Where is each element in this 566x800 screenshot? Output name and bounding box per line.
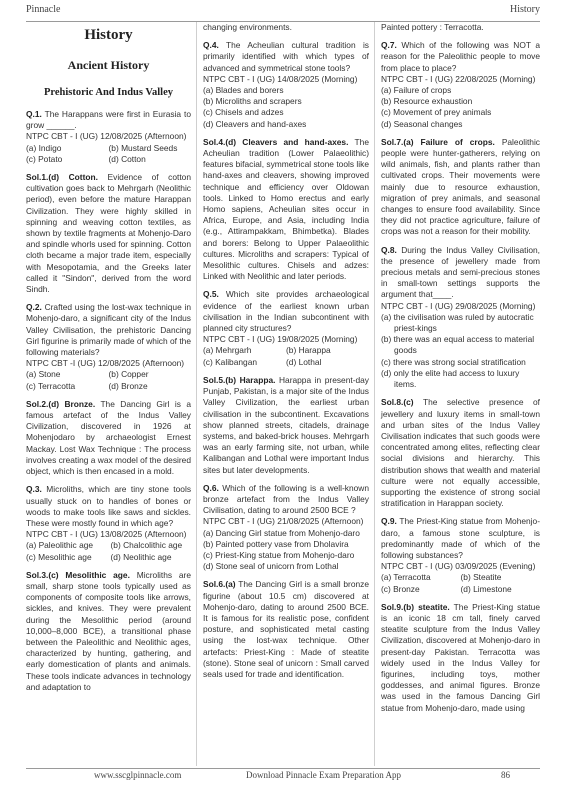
option-d: (d) only the elite had access to luxury … (381, 368, 540, 390)
option-c: (c) Potato (26, 154, 109, 165)
option-c: (c) Priest-King statue from Mohenjo-daro (203, 550, 369, 561)
question-text: Which of the following was NOT a reason … (381, 40, 540, 72)
header-subject: History (510, 4, 540, 18)
solution-label: Sol.2.(d) Bronze. (26, 399, 95, 409)
solution-label: Sol.3.(c) Mesolithic age. (26, 570, 130, 580)
page-title: History (26, 26, 191, 44)
question-text: During the Indus Valley Civilisation, th… (381, 245, 540, 300)
question-text: The Harappans were first in Eurasia to g… (26, 109, 191, 130)
solution-label: Sol.5.(b) Harappa. (203, 375, 275, 385)
solution-text: The Dancing Girl is a famous artefact of… (26, 399, 191, 476)
exam-reference: NTPC CBT - I (UG) 12/08/2025 (Afternoon) (26, 131, 191, 142)
question-number: Q.5. (203, 289, 219, 299)
question-1: Q.1. The Harappans were first in Eurasia… (26, 109, 191, 165)
option-d: (d) Seasonal changes (381, 119, 540, 130)
option-b: (b) there was an equal access to materia… (381, 334, 540, 356)
option-b: (b) Painted pottery vase from Dholavira (203, 539, 369, 550)
solution-1: Sol.1.(d) Cotton. Evidence of cotton cul… (26, 172, 191, 295)
solution-text: The selective presence of jewellery and … (381, 397, 540, 508)
question-text: Crafted using the lost-wax technique in … (26, 302, 191, 357)
option-c: (c) Bronze (381, 584, 461, 595)
solution-6: Sol.6.(a) The Dancing Girl is a small br… (203, 579, 369, 680)
solution-label: Sol.8.(c) (381, 397, 414, 407)
footer-app-promo: Download Pinnacle Exam Preparation App (246, 770, 401, 780)
option-b: (b) Steatite (461, 572, 541, 583)
column-2: changing environments. Q.4. The Acheulia… (196, 22, 374, 766)
option-d: (d) Neolithic age (111, 552, 192, 563)
option-a: (a) Indigo (26, 143, 109, 154)
option-d: (d) Stone seal of unicorn from Lothal (203, 561, 369, 572)
question-7: Q.7. Which of the following was NOT a re… (381, 40, 540, 130)
exam-reference: NTPC CBT - I (UG) 22/08/2025 (Morning) (381, 74, 540, 85)
solution-text: Evidence of cotton cultivation goes back… (26, 172, 191, 294)
solution-7: Sol.7.(a) Failure of crops. Paleolithic … (381, 137, 540, 238)
question-number: Q.6. (203, 483, 219, 493)
solution-8: Sol.8.(c) The selective presence of jewe… (381, 397, 540, 509)
solution-text: The Acheulian tradition (Lower Palaeolit… (203, 137, 369, 281)
question-text: Which site provides archaeological evide… (203, 289, 369, 333)
question-2: Q.2. Crafted using the lost-wax techniqu… (26, 302, 191, 392)
question-number: Q.1. (26, 109, 42, 119)
question-6: Q.6. Which of the following is a well-kn… (203, 483, 369, 573)
question-number: Q.3. (26, 484, 42, 494)
options: (a) Stone (b) Copper (c) Terracotta (d) … (26, 369, 191, 391)
exam-reference: NTPC CBT - I (UG) 14/08/2025 (Morning) (203, 74, 369, 85)
option-a: (a) Dancing Girl statue from Mohenjo-dar… (203, 528, 369, 539)
question-number: Q.4. (203, 40, 219, 50)
question-5: Q.5. Which site provides archaeological … (203, 289, 369, 367)
option-d: (d) Cleavers and hand-axes (203, 119, 369, 130)
question-text: The Acheulian cultural tradition is prim… (203, 40, 369, 72)
footer-website-link[interactable]: www.sscglpinnacle.com (94, 770, 181, 780)
option-c: (c) Mesolithic age (26, 552, 111, 563)
solution-label: Sol.1.(d) Cotton. (26, 172, 98, 182)
option-a: (a) Paleolithic age (26, 540, 111, 551)
solution-3: Sol.3.(c) Mesolithic age. Microliths are… (26, 570, 191, 693)
solution-label: Sol.6.(a) (203, 579, 236, 589)
solution-text: The Priest-King statue is an iconic 18 c… (381, 602, 540, 713)
question-number: Q.9. (381, 516, 397, 526)
solution-9: Sol.9.(b) steatite. The Priest-King stat… (381, 602, 540, 714)
option-a: (a) Mehrgarh (203, 345, 286, 356)
solution-text: Microliths are small, sharp stone tools … (26, 570, 191, 692)
option-d: (d) Cotton (109, 154, 192, 165)
solution-text: Harappa in present-day Punjab, Pakistan,… (203, 375, 369, 475)
column-1: History Ancient History Prehistoric And … (26, 22, 196, 766)
option-a: (a) the civilisation was ruled by autocr… (381, 312, 540, 334)
footer-rule (26, 768, 540, 769)
solution-2: Sol.2.(d) Bronze. The Dancing Girl is a … (26, 399, 191, 477)
chapter-title: Prehistoric And Indus Valley (26, 86, 191, 99)
option-a: (a) Failure of crops (381, 85, 540, 96)
running-header: Pinnacle History (26, 4, 540, 18)
option-c: (c) there was strong social stratificati… (381, 357, 540, 368)
question-text: Microliths, which are tiny stone tools u… (26, 484, 191, 528)
options: (a) Mehrgarh (b) Harappa (c) Kalibangan … (203, 345, 369, 367)
solution-label: Sol.7.(a) Failure of crops. (381, 137, 495, 147)
question-number: Q.7. (381, 40, 397, 50)
solution-label: Sol.4.(d) Cleavers and hand-axes. (203, 137, 348, 147)
section-title: Ancient History (26, 58, 191, 72)
question-number: Q.8. (381, 245, 397, 255)
question-number: Q.2. (26, 302, 42, 312)
page-number: 86 (501, 770, 510, 780)
option-b: (b) Microliths and scrapers (203, 96, 369, 107)
question-3: Q.3. Microliths, which are tiny stone to… (26, 484, 191, 562)
exam-reference: NTPC CBT - I (UG) 21/08/2025 (Afternoon) (203, 516, 369, 527)
question-8: Q.8. During the Indus Valley Civilisatio… (381, 245, 540, 391)
option-d: (d) Lothal (286, 357, 369, 368)
question-9: Q.9. The Priest-King statue from Mohenjo… (381, 516, 540, 594)
option-b: (b) Resource exhaustion (381, 96, 540, 107)
exam-reference: NTPC CBT - I (UG) 19/08/2025 (Morning) (203, 334, 369, 345)
header-publisher: Pinnacle (26, 4, 60, 18)
option-b: (b) Harappa (286, 345, 369, 356)
options: (a) Terracotta (b) Steatite (c) Bronze (… (381, 572, 540, 594)
question-text: The Priest-King statue from Mohenjo-daro… (381, 516, 540, 560)
solution-text: Paleolithic people were hunter-gatherers… (381, 137, 540, 237)
exam-reference: NTPC CBT - I (UG) 03/09/2025 (Evening) (381, 561, 540, 572)
option-a: (a) Stone (26, 369, 109, 380)
exam-reference: NTPC CBT - I (UG) 13/08/2025 (Afternoon) (26, 529, 191, 540)
option-b: (b) Mustard Seeds (109, 143, 192, 154)
option-d: (d) Limestone (461, 584, 541, 595)
option-a: (a) Blades and borers (203, 85, 369, 96)
option-b: (b) Copper (109, 369, 192, 380)
option-a: (a) Terracotta (381, 572, 461, 583)
option-c: (c) Kalibangan (203, 357, 286, 368)
question-4: Q.4. The Acheulian cultural tradition is… (203, 40, 369, 130)
solution-label: Sol.9.(b) steatite. (381, 602, 450, 612)
options: (a) Indigo (b) Mustard Seeds (c) Potato … (26, 143, 191, 165)
solution-4: Sol.4.(d) Cleavers and hand-axes. The Ac… (203, 137, 369, 283)
page-columns: History Ancient History Prehistoric And … (26, 22, 540, 766)
question-text: Which of the following is a well-known b… (203, 483, 369, 515)
option-d: (d) Bronze (109, 381, 192, 392)
solution-text: The Dancing Girl is a small bronze figur… (203, 579, 369, 679)
option-b: (b) Chalcolithic age (111, 540, 192, 551)
options: (a) Paleolithic age (b) Chalcolithic age… (26, 540, 191, 562)
exam-reference: NTPC CBT - I (UG) 29/08/2025 (Morning) (381, 301, 540, 312)
continued-text: Painted pottery : Terracotta. (381, 22, 540, 33)
solution-5: Sol.5.(b) Harappa. Harappa in present-da… (203, 375, 369, 476)
column-3: Painted pottery : Terracotta. Q.7. Which… (374, 22, 540, 766)
option-c: (c) Terracotta (26, 381, 109, 392)
continued-text: changing environments. (203, 22, 369, 33)
option-c: (c) Chisels and adzes (203, 107, 369, 118)
option-c: (c) Movement of prey animals (381, 107, 540, 118)
exam-reference: NTPC CBT -I (UG) 12/08/2025 (Afternoon) (26, 358, 191, 369)
page-footer: www.sscglpinnacle.com Download Pinnacle … (26, 770, 540, 784)
